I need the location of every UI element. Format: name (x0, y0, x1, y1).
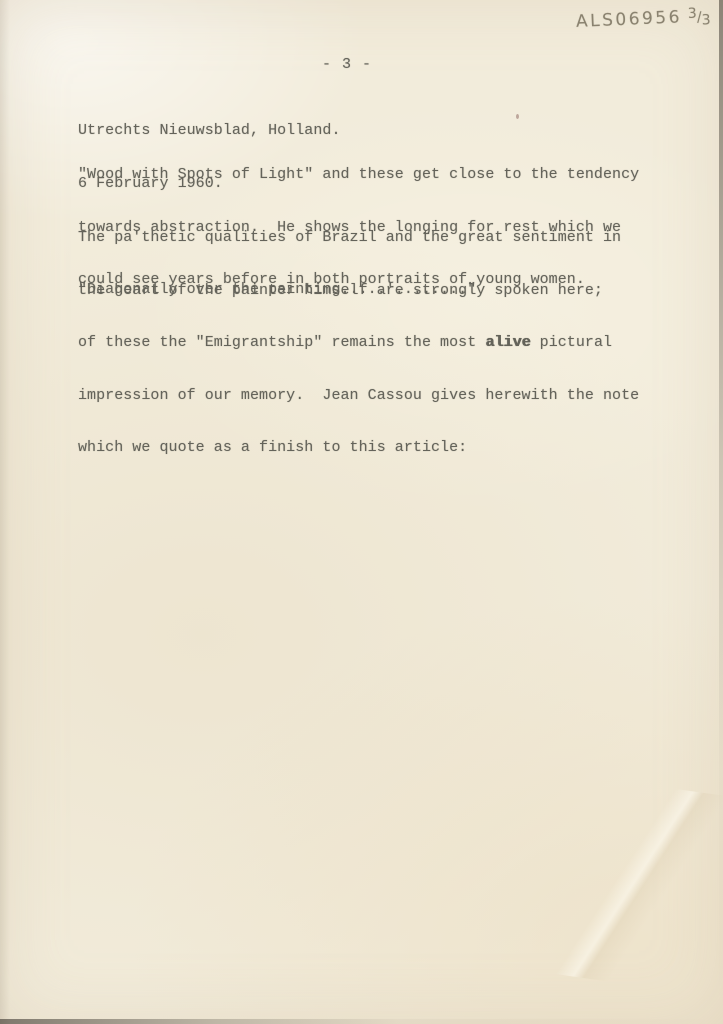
fraction-denominator: 3 (702, 12, 712, 28)
pencil-archive-annotation: ALS069563/3 (576, 6, 711, 32)
overstruck-word: alive (485, 334, 530, 351)
paragraph-2-line-4: impression of our memory. Jean Cassou gi… (78, 387, 639, 405)
paragraph-2-line-3-before: of these the "Emigrantship" remains the … (78, 334, 485, 351)
closing-quote: "Diagonally over the painting.....'.....… (78, 281, 476, 299)
scanned-document-page: ALS069563/3 - 3 - Utrechts Nieuwsblad, H… (0, 0, 723, 1024)
paper-bottom-edge-shading (0, 1019, 723, 1024)
archive-id: ALS06956 (576, 7, 683, 32)
paragraph-1-line-1: "Wood with Spots of Light" and these get… (78, 166, 639, 184)
page-number: - 3 - (322, 56, 372, 74)
paper-crease (490, 767, 723, 1001)
paper-speck (516, 114, 519, 119)
paper-left-edge-shading (0, 0, 10, 1024)
paragraph-2-line-1: The pa'thetic qualities of Brazil and th… (78, 229, 639, 247)
paragraph-2-line-5: which we quote as a finish to this artic… (78, 439, 639, 457)
paragraph-2: The pa'thetic qualities of Brazil and th… (78, 194, 639, 492)
paragraph-2-line-3-after: pictural (531, 334, 612, 351)
paragraph-2-line-3: of these the "Emigrantship" remains the … (78, 334, 639, 352)
page-fraction: 3/3 (688, 9, 711, 26)
fraction-numerator: 3 (688, 6, 698, 22)
